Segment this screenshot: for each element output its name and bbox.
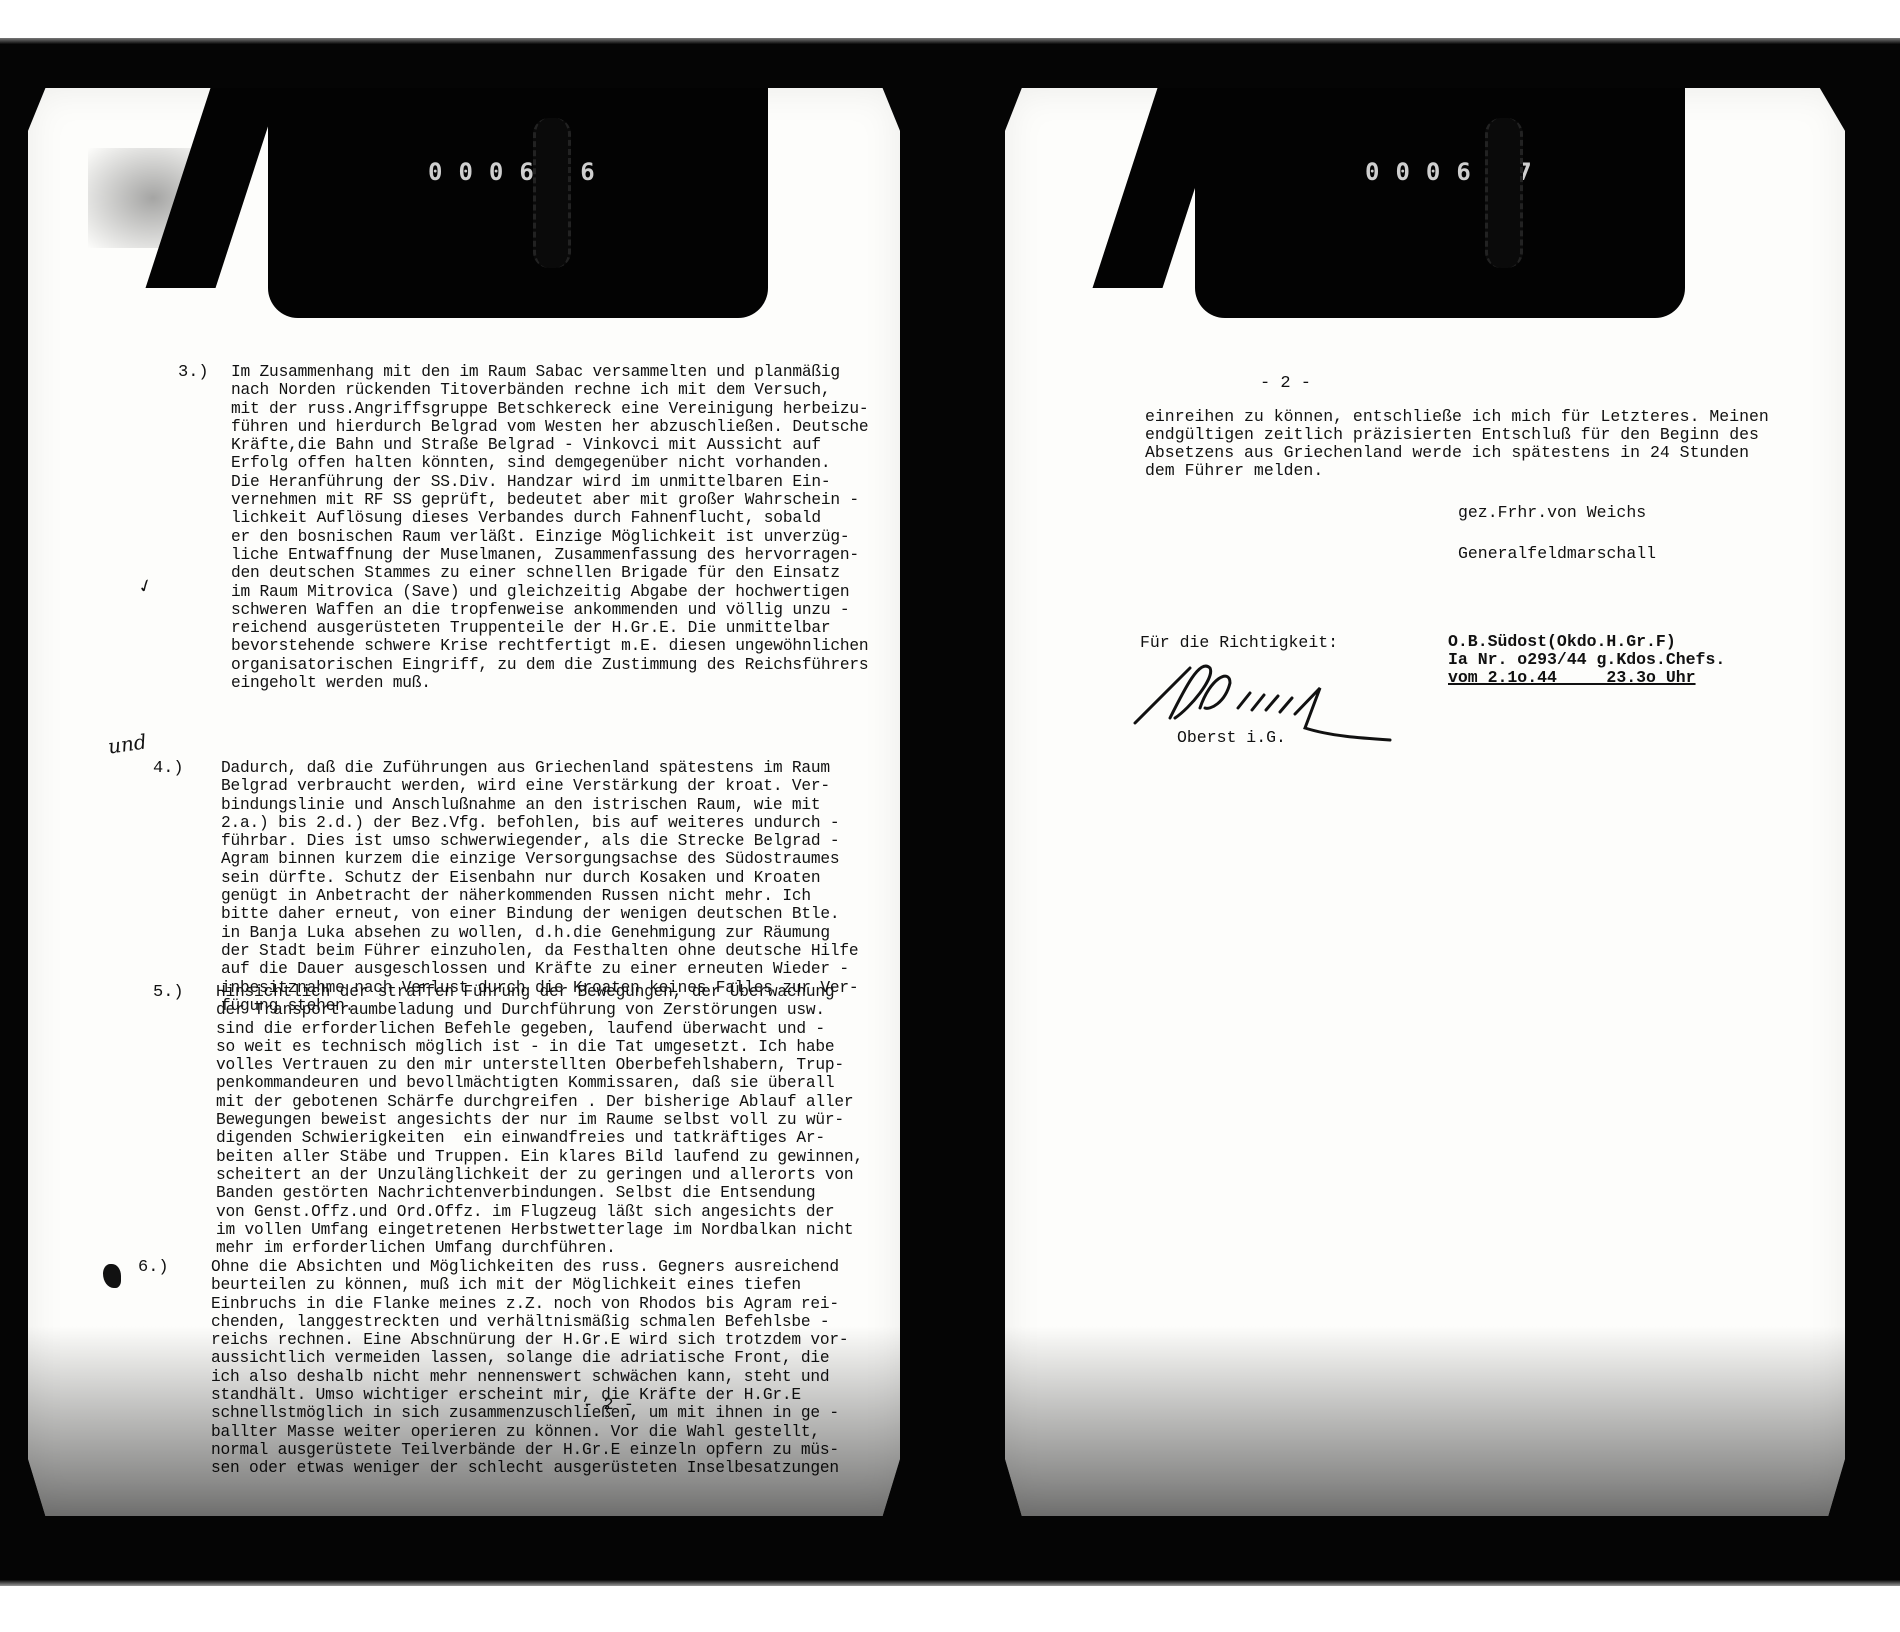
text-line: mit der russ.Angriffsgruppe Betschkereck… xyxy=(231,400,868,418)
paragraph-text: Hinsichtlich der straffen Führung der Be… xyxy=(216,983,863,1257)
text-line: chenden, langgestreckten und verhältnism… xyxy=(211,1313,848,1331)
text-line: der Stadt beim Führer einzuholen, da Fes… xyxy=(221,942,858,960)
text-line: reichend ausgerüsteten Truppenteile der … xyxy=(231,619,868,637)
text-line: schweren Waffen an die tropfenweise anko… xyxy=(231,601,868,619)
text-line: Dadurch, daß die Zuführungen aus Grieche… xyxy=(221,759,858,777)
page-number-header: - 2 - xyxy=(1260,374,1311,393)
text-line: Absetzens aus Griechenland werde ich spä… xyxy=(1145,444,1769,462)
text-line: so weit es technisch möglich ist - in di… xyxy=(216,1038,863,1056)
paragraph-number: 3.) xyxy=(178,363,209,382)
paragraph-number: 4.) xyxy=(153,759,184,778)
text-line: Hinsichtlich der straffen Führung der Be… xyxy=(216,983,863,1001)
text-line: ballter Masse weiter operieren zu können… xyxy=(211,1423,848,1441)
text-line: er den bosnischen Raum verläßt. Einzige … xyxy=(231,528,868,546)
text-line: bevorstehende schwere Krise rechtfertigt… xyxy=(231,637,868,655)
text-line: in Banja Luka absehen zu wollen, d.h.die… xyxy=(221,924,858,942)
text-line: sen oder etwas weniger der schlecht ausg… xyxy=(211,1459,848,1477)
text-line: mehr im erforderlichen Umfang durchführe… xyxy=(216,1239,863,1257)
text-line: den deutschen Stammes zu einer schnellen… xyxy=(231,564,868,582)
text-line: ich also deshalb nicht mehr nennenswert … xyxy=(211,1368,848,1386)
reference-line-2: Ia Nr. o293/44 g.Kdos.Chefs. xyxy=(1448,651,1725,669)
text-line: sind die erforderlichen Befehle gegeben,… xyxy=(216,1020,863,1038)
paragraph-number: 6.) xyxy=(138,1258,169,1277)
text-line: genügt in Anbetracht der näherkommenden … xyxy=(221,887,858,905)
text-line: einreihen zu können, entschließe ich mic… xyxy=(1145,408,1769,426)
paragraph-text: Ohne die Absichten und Möglichkeiten des… xyxy=(211,1258,848,1478)
text-line: Die Heranführung der SS.Div. Handzar wir… xyxy=(231,473,868,491)
text-line: dem Führer melden. xyxy=(1145,462,1769,480)
text-line: führen und hierdurch Belgrad vom Westen … xyxy=(231,418,868,436)
text-line: Ohne die Absichten und Möglichkeiten des… xyxy=(211,1258,848,1276)
text-line: Agram binnen kurzem die einzige Versorgu… xyxy=(221,850,858,868)
text-line: der Transportraumbeladung und Durchführu… xyxy=(216,1001,863,1019)
frame-counter-device: 000656 xyxy=(268,88,768,318)
text-line: im Raum Mitrovica (Save) und gleichzeiti… xyxy=(231,583,868,601)
text-line: scheitert an der Unzulänglichkeit der zu… xyxy=(216,1166,863,1184)
text-line: aussichtlich vermeiden lassen, solange d… xyxy=(211,1349,848,1367)
text-line: Belgrad verbraucht werden, wird eine Ver… xyxy=(221,777,858,795)
text-line: eingeholt werden muß. xyxy=(231,674,868,692)
counter-wheel-icon xyxy=(533,118,571,268)
ink-blot xyxy=(103,1264,121,1288)
margin-tick-mark: ✓ xyxy=(135,574,156,599)
reference-line-1: O.B.Südost(Okdo.H.Gr.F) xyxy=(1448,633,1725,651)
text-line: volles Vertrauen zu den mir unterstellte… xyxy=(216,1056,863,1074)
text-line: endgültigen zeitlich präzisierten Entsch… xyxy=(1145,426,1769,444)
text-line: liche Entwaffnung der Muselmanen, Zusamm… xyxy=(231,546,868,564)
text-line: führbar. Dies ist umso schwerwiegender, … xyxy=(221,832,858,850)
reference-line-3: vom 2.1o.44 23.3o Uhr xyxy=(1448,669,1725,687)
text-line: normal ausgerüstete Teilverbände der H.G… xyxy=(211,1441,848,1459)
counter-wheel-icon xyxy=(1485,118,1523,268)
document-reference: O.B.Südost(Okdo.H.Gr.F) Ia Nr. o293/44 g… xyxy=(1448,633,1725,687)
text-line: bindungslinie und Anschlußnahme an den i… xyxy=(221,796,858,814)
film-edge-bottom xyxy=(0,1580,1900,1586)
text-line: beiten aller Stäbe und Truppen. Ein klar… xyxy=(216,1148,863,1166)
paragraph-number: 5.) xyxy=(153,983,184,1002)
certifier-rank: Oberst i.G. xyxy=(1177,728,1286,747)
text-line: reichs rechnen. Eine Abschnürung der H.G… xyxy=(211,1331,848,1349)
text-line: Banden gestörten Nachrichtenverbindungen… xyxy=(216,1184,863,1202)
text-line: Bewegungen beweist angesichts der nur im… xyxy=(216,1111,863,1129)
text-line: penkommandeuren und bevollmächtigten Kom… xyxy=(216,1074,863,1092)
text-line: auf die Dauer ausgeschlossen und Kräfte … xyxy=(221,960,858,978)
paragraph-text: Dadurch, daß die Zuführungen aus Grieche… xyxy=(221,759,858,1015)
signer-rank: Generalfeldmarschall xyxy=(1458,544,1656,563)
text-line: mit der gebotenen Schärfe durchgreifen .… xyxy=(216,1093,863,1111)
text-line: im vollen Umfang eingetretenen Herbstwet… xyxy=(216,1221,863,1239)
text-line: 2.a.) bis 2.d.) der Bez.Vfg. befohlen, b… xyxy=(221,814,858,832)
frame-counter-device: 000657 xyxy=(1195,88,1685,318)
margin-handwritten-note: und xyxy=(107,729,149,758)
document-page-right: 000657 - 2 - einreihen zu können, entsch… xyxy=(1005,88,1845,1516)
text-line: schnellstmöglich in sich zusammenzuschli… xyxy=(211,1404,848,1422)
text-line: nach Norden rückenden Titoverbänden rech… xyxy=(231,381,868,399)
film-edge-top xyxy=(0,38,1900,44)
report-conclusion: einreihen zu können, entschließe ich mic… xyxy=(1145,408,1769,480)
document-page-left: 000656 ✓ und 3.)Im Zusammenhang mit den … xyxy=(28,88,900,1516)
text-line: digenden Schwierigkeiten ein einwandfrei… xyxy=(216,1129,863,1147)
text-line: Erfolg offen halten könnten, sind demgeg… xyxy=(231,454,868,472)
text-line: bitte daher erneut, von einer Bindung de… xyxy=(221,905,858,923)
text-line: von Genst.Offz.und Ord.Offz. im Flugzeug… xyxy=(216,1203,863,1221)
text-line: Einbruchs in die Flanke meines z.Z. noch… xyxy=(211,1295,848,1313)
text-line: vernehmen mit RF SS geprüft, bedeutet ab… xyxy=(231,491,868,509)
text-line: organisatorischen Eingriff, zu dem die Z… xyxy=(231,656,868,674)
page-shadow xyxy=(1005,1326,1845,1516)
text-line: Kräfte,die Bahn und Straße Belgrad - Vin… xyxy=(231,436,868,454)
text-line: lichkeit Auflösung dieses Verbandes durc… xyxy=(231,509,868,527)
text-line: standhält. Umso wichtiger erscheint mir,… xyxy=(211,1386,848,1404)
signed-by: gez.Frhr.von Weichs xyxy=(1458,503,1646,522)
paragraph-text: Im Zusammenhang mit den im Raum Sabac ve… xyxy=(231,363,868,692)
text-line: Im Zusammenhang mit den im Raum Sabac ve… xyxy=(231,363,868,381)
page-number-footer: - 2 - xyxy=(583,1396,634,1415)
text-line: beurteilen zu können, muß ich mit der Mö… xyxy=(211,1276,848,1294)
frame-counter-digits: 000656 xyxy=(428,158,611,186)
text-line: sein dürfte. Schutz der Eisenbahn nur du… xyxy=(221,869,858,887)
